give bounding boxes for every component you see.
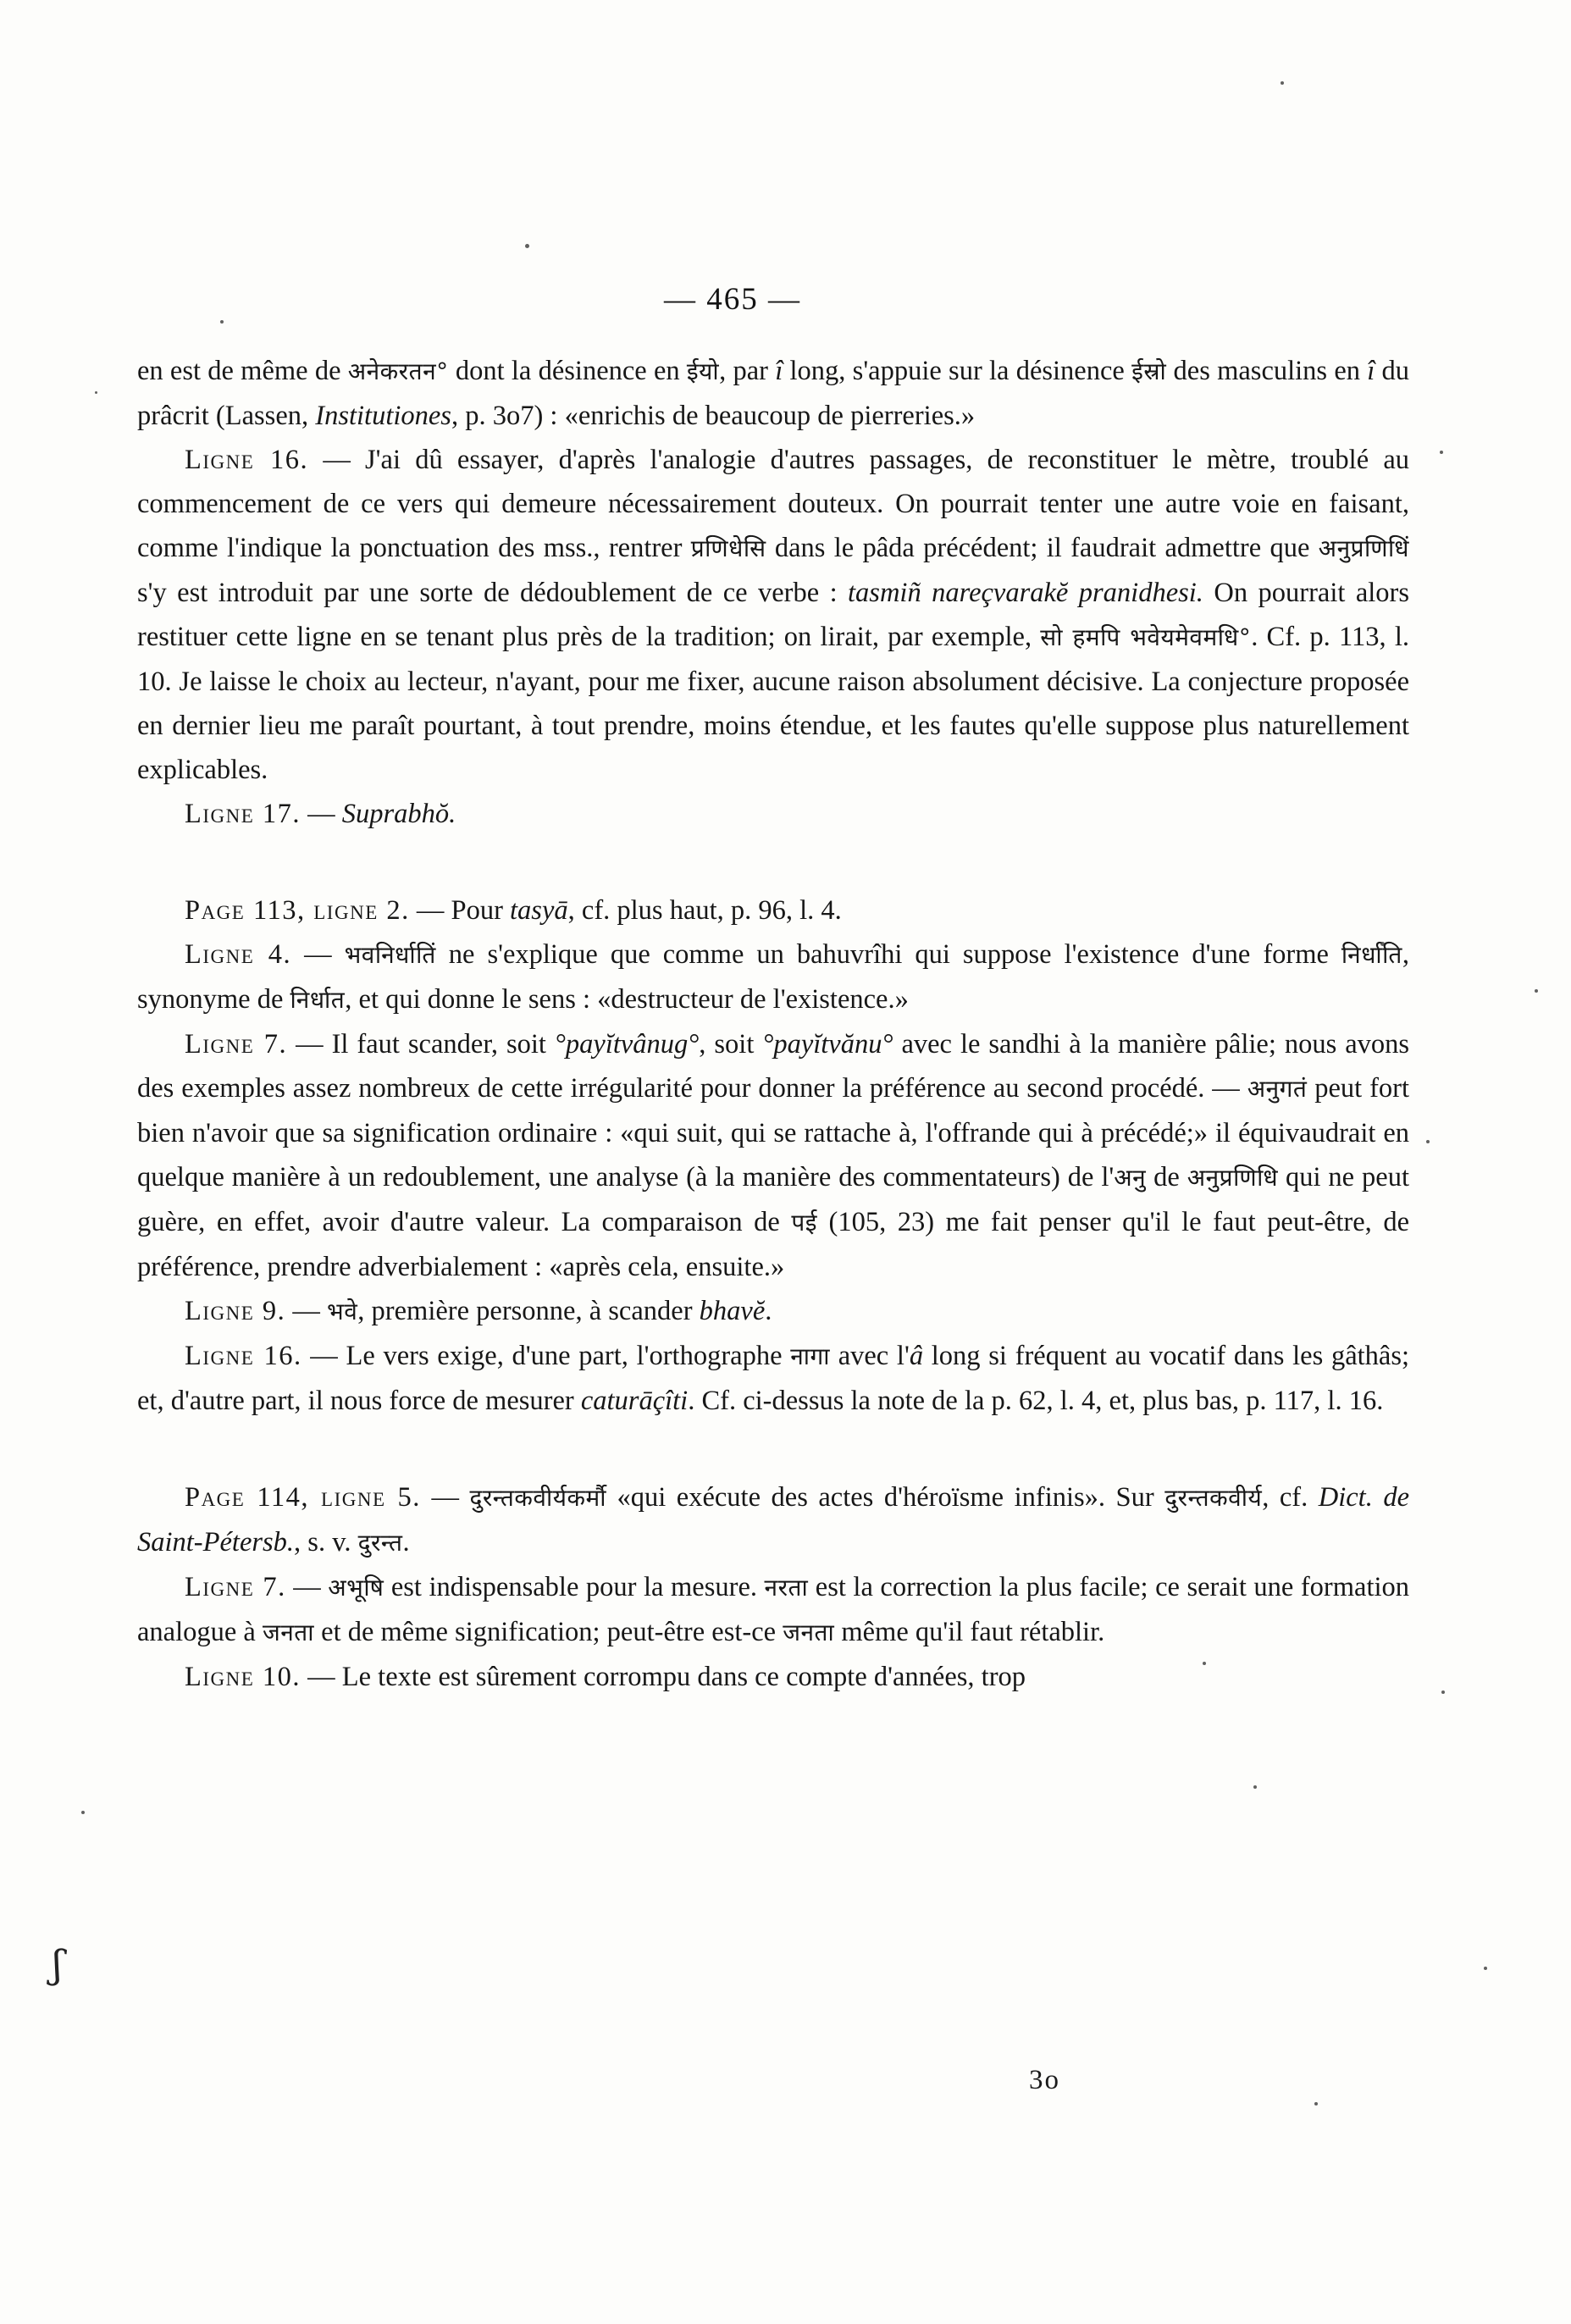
body-text: s'y est introduit par une sorte de dédou… xyxy=(137,578,848,608)
devanagari-text: अनेकरतन° xyxy=(348,357,449,385)
paragraph-ligne-7: Ligne 7. — Il faut scander, soit °payĭtv… xyxy=(137,1022,1409,1289)
body-text: . xyxy=(765,1296,772,1326)
devanagari-text: अनुप्रणिधिं xyxy=(1319,534,1409,562)
scan-speck xyxy=(1441,1690,1445,1694)
body-text: même qu'il faut rétablir. xyxy=(834,1617,1104,1647)
devanagari-text: निर्धात xyxy=(290,986,346,1014)
devanagari-text: अनुगतं xyxy=(1247,1075,1308,1103)
scan-speck xyxy=(220,320,224,324)
section-label: Ligne 9. xyxy=(185,1296,285,1326)
devanagari-text: प्रणिधेसि xyxy=(691,534,766,562)
devanagari-text: जनता xyxy=(783,1618,834,1646)
margin-squiggle-mark: ʃ xyxy=(50,1940,65,1987)
devanagari-text: भवे xyxy=(327,1298,357,1325)
body-text: ne s'explique que comme un bahuvrîhi qui… xyxy=(436,939,1341,970)
devanagari-text: ईयो xyxy=(687,357,719,385)
body-text: — xyxy=(421,1482,470,1513)
body-text: , et qui donne le sens : «destructeur de… xyxy=(345,984,909,1015)
body-text: , par xyxy=(719,356,775,386)
body-text: , cf. plus haut, p. 96, l. 4. xyxy=(568,895,842,926)
scanned-book-page: — 465 — en est de même de अनेकरतन° dont … xyxy=(0,0,1571,2324)
body-text: — xyxy=(286,1572,329,1602)
body-text: , s. v. xyxy=(294,1527,358,1558)
devanagari-text: दुरन्तकवीर्य xyxy=(1164,1484,1262,1512)
body-text: dont la désinence en xyxy=(449,356,687,386)
body-text: . xyxy=(403,1527,410,1558)
text-block: en est de même de अनेकरतन° dont la désin… xyxy=(137,349,1409,1699)
section-label: Page 113, ligne 2. xyxy=(185,895,410,926)
devanagari-text: जनता xyxy=(263,1618,314,1646)
body-text: des masculins en xyxy=(1166,356,1367,386)
devanagari-text: निर्धाति xyxy=(1341,941,1402,969)
body-text: et de même signification; peut-être est-… xyxy=(314,1617,783,1647)
devanagari-text: अनु xyxy=(1114,1164,1146,1192)
section-label: Ligne 10. xyxy=(185,1662,301,1692)
body-text: — xyxy=(291,939,344,970)
italic-text: tasyā xyxy=(510,895,568,926)
body-text: — Pour xyxy=(410,895,510,926)
scan-speck xyxy=(1380,942,1385,946)
body-text: — Le vers exige, d'une part, l'orthograp… xyxy=(302,1341,791,1371)
body-text: , cf. xyxy=(1262,1482,1319,1513)
scan-speck xyxy=(525,244,529,248)
italic-text: î xyxy=(1367,356,1375,386)
devanagari-text: अनुप्रणिधि xyxy=(1187,1164,1278,1192)
body-text: en est de même de xyxy=(137,356,348,386)
section-label: Ligne 7. xyxy=(185,1572,286,1602)
signature-mark: 3o xyxy=(1029,2065,1060,2096)
section-label: Ligne 7. xyxy=(185,1029,287,1060)
devanagari-text: सो हमपि भवेयमेवमधि° xyxy=(1040,623,1251,651)
scan-speck xyxy=(1484,1967,1487,1970)
paragraph-ligne-16: Ligne 16. — J'ai dû essayer, d'après l'a… xyxy=(137,438,1409,792)
body-text: long, s'appuie sur la désinence xyxy=(783,356,1131,386)
paragraph-ligne-10: Ligne 10. — Le texte est sûrement corrom… xyxy=(137,1655,1409,1699)
italic-text: Suprabhŏ. xyxy=(342,799,456,829)
devanagari-text: ईस्रो xyxy=(1131,357,1166,385)
page-number: — 465 — xyxy=(0,281,1465,318)
scan-speck xyxy=(1203,1662,1206,1665)
body-text: , p. 3o7) : «enrichis de beaucoup de pie… xyxy=(451,401,975,431)
scan-speck xyxy=(1426,1140,1430,1143)
section-label: Ligne 4. xyxy=(185,939,291,970)
italic-text: Institutiones xyxy=(315,401,451,431)
body-text: — Il faut scander, soit xyxy=(287,1029,555,1060)
section-label: Ligne 17. xyxy=(185,799,301,829)
body-text: de xyxy=(1146,1162,1187,1192)
body-text: , soit xyxy=(699,1029,762,1060)
scan-speck xyxy=(1440,451,1443,454)
paragraph-ligne-17: Ligne 17. — Suprabhŏ. xyxy=(137,792,1409,836)
body-text: — xyxy=(285,1296,327,1326)
paragraph-ligne-4: Ligne 4. — भवनिर्धातिं ne s'explique que… xyxy=(137,932,1409,1022)
body-text: . Cf. ci-dessus la note de la p. 62, l. … xyxy=(688,1386,1383,1416)
paragraph-page-113-ligne-2: Page 113, ligne 2. — Pour tasyā, cf. plu… xyxy=(137,888,1409,932)
devanagari-text: दुरन्तकवीर्यकर्मौ xyxy=(469,1484,606,1512)
paragraph-ligne-9: Ligne 9. — भवे, première personne, à sca… xyxy=(137,1289,1409,1334)
italic-text: °payĭtvănu° xyxy=(762,1029,893,1060)
italic-text: î xyxy=(775,356,783,386)
body-text: — Le texte est sûrement corrompu dans ce… xyxy=(301,1662,1026,1692)
scan-speck xyxy=(1314,2102,1318,2105)
section-label: Page 114, ligne 5. xyxy=(185,1482,421,1513)
italic-text: bhavĕ xyxy=(700,1296,766,1326)
devanagari-text: नरता xyxy=(765,1574,809,1602)
italic-text: °payĭtvânug° xyxy=(555,1029,699,1060)
italic-text: caturāçîti xyxy=(581,1386,688,1416)
scan-speck xyxy=(81,1811,85,1814)
paragraph-continuation: en est de même de अनेकरतन° dont la désin… xyxy=(137,349,1409,438)
paragraph-page-114-ligne-5: Page 114, ligne 5. — दुरन्तकवीर्यकर्मौ «… xyxy=(137,1475,1409,1565)
scan-speck xyxy=(1535,989,1538,993)
devanagari-text: अभूषि xyxy=(328,1574,384,1602)
scan-speck xyxy=(1253,1785,1257,1789)
section-label: Ligne 16. xyxy=(185,1341,302,1371)
body-text: dans le pâda précédent; il faudrait adme… xyxy=(766,533,1319,563)
section-label: Ligne 16. xyxy=(185,445,308,475)
scan-speck xyxy=(95,391,97,394)
body-text: est indispensable pour la mesure. xyxy=(384,1572,764,1602)
paragraph-ligne-16-bis: Ligne 16. — Le vers exige, d'une part, l… xyxy=(137,1334,1409,1423)
paragraph-ligne-7-bis: Ligne 7. — अभूषि est indispensable pour … xyxy=(137,1565,1409,1655)
devanagari-text: भवनिर्धातिं xyxy=(345,941,436,969)
body-text: , première personne, à scander xyxy=(357,1296,699,1326)
body-text: «qui exécute des actes d'héroïsme infini… xyxy=(606,1482,1164,1513)
italic-text: tasmiñ nareçvarakĕ pranidhesi. xyxy=(848,578,1203,608)
italic-text: â xyxy=(910,1341,923,1371)
scan-speck xyxy=(1281,81,1284,85)
devanagari-text: दुरन्त xyxy=(358,1529,403,1557)
body-text: avec l' xyxy=(830,1341,910,1371)
body-text: — xyxy=(301,799,342,829)
devanagari-text: पई xyxy=(791,1209,817,1237)
devanagari-text: नागा xyxy=(790,1342,830,1370)
